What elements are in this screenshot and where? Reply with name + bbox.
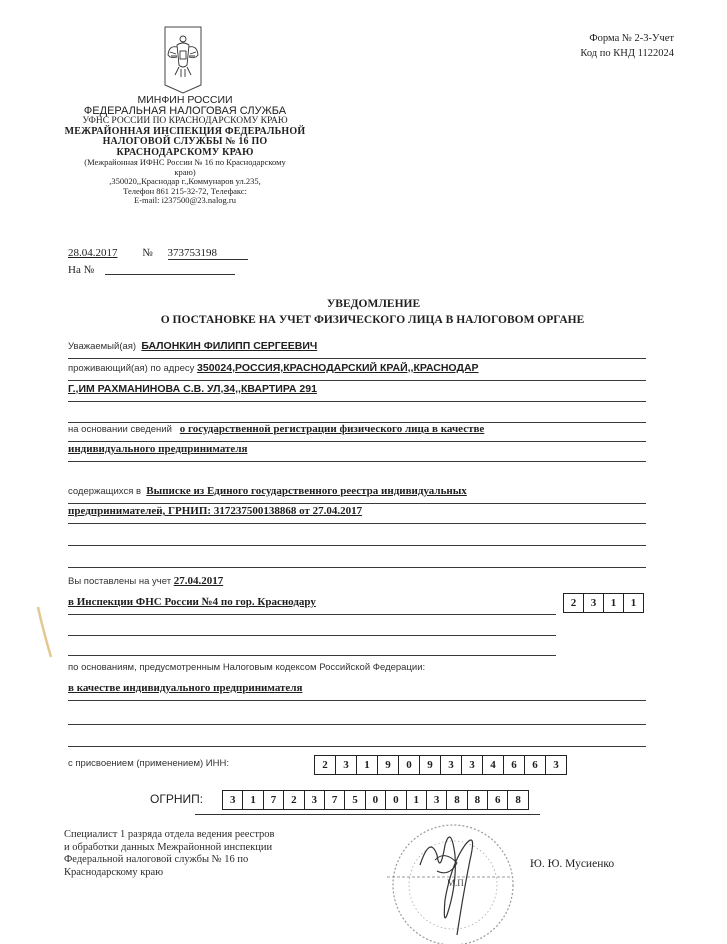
taxpayer-name: БАЛОНКИН ФИЛИПП СЕРГЕЕВИЧ [141, 340, 317, 352]
inn-digit: 3 [546, 756, 566, 774]
signer-title-line: и обработки данных Межрайонной инспекции [64, 842, 294, 855]
document-number: 373753198 [168, 247, 248, 260]
basis-label: на основании сведений [68, 424, 172, 435]
ogrnip-digit: 3 [223, 791, 243, 809]
address-row-2: Г.,ИМ РАХМАНИНОВА С.В. УЛ,34,,КВАРТИРА 2… [68, 383, 646, 402]
greeting-label: Уважаемый(ая) [68, 341, 136, 352]
ogrnip-label: ОГРНИП: [150, 792, 203, 806]
org-line: ФЕДЕРАЛЬНАЯ НАЛОГОВАЯ СЛУЖБА [60, 106, 310, 117]
contained-line-1: Выписке из Единого государственного реес… [146, 485, 467, 497]
in-reply-label: На № [68, 264, 94, 276]
address-line-2: Г.,ИМ РАХМАНИНОВА С.В. УЛ,34,,КВАРТИРА 2… [68, 383, 317, 395]
signer-title-line: Специалист 1 разряда отдела ведения реес… [64, 829, 294, 842]
inspection-code-boxes: 2 3 1 1 [563, 593, 644, 613]
org-email: E-mail: i237500@23.nalog.ru [60, 196, 310, 206]
document-title: УВЕДОМЛЕНИЕ О ПОСТАНОВКЕ НА УЧЕТ ФИЗИЧЕС… [0, 296, 727, 328]
stamp-mark: М.П. [447, 878, 466, 888]
registered-label: Вы поставлены на учет [68, 576, 171, 587]
signer-title: Специалист 1 разряда отдела ведения реес… [64, 829, 294, 879]
blank-line [68, 527, 646, 546]
blank-line [68, 617, 556, 636]
basis-row-2: индивидуального предпринимателя [68, 443, 646, 462]
grounds-label: по основаниям, предусмотренным Налоговым… [68, 662, 425, 673]
signer-title-line: Федеральной налоговой службы № 16 по [64, 854, 294, 867]
code-digit: 1 [624, 594, 643, 612]
official-stamp-icon [385, 805, 515, 944]
org-line: НАЛОГОВОЙ СЛУЖБЫ № 16 ПО [60, 137, 310, 148]
inn-digit: 3 [462, 756, 483, 774]
basis-line-1: о государственной регистрации физическог… [180, 423, 485, 435]
address-label: проживающий(ая) по адресу [68, 363, 194, 374]
paper-stain [35, 605, 55, 660]
in-reply-blank [105, 274, 235, 275]
contained-row-2: предпринимателей, ГРНИП: 317237500138868… [68, 505, 646, 524]
signer-title-line: Краснодарскому краю [64, 867, 294, 880]
contained-row-1: содержащихся в Выписке из Единого госуда… [68, 485, 646, 504]
form-info: Форма № 2-3-Учет Код по КНД 1122024 [580, 31, 674, 61]
contained-label: содержащихся в [68, 486, 141, 497]
inspection-name: в Инспекции ФНС России №4 по гор. Красно… [68, 596, 316, 608]
greeting-row: Уважаемый(ая) БАЛОНКИН ФИЛИПП СЕРГЕЕВИЧ [68, 340, 646, 359]
grounds-label-row: по основаниям, предусмотренным Налоговым… [68, 662, 646, 680]
ogrnip-digit: 2 [284, 791, 304, 809]
ogrnip-digit: 0 [366, 791, 386, 809]
document-date: 28.04.2017 [68, 247, 118, 259]
blank-line [68, 404, 646, 423]
inn-digit: 9 [420, 756, 441, 774]
title-line-1: УВЕДОМЛЕНИЕ [0, 296, 727, 312]
registered-row: Вы поставлены на учет 27.04.2017 [68, 575, 646, 593]
inn-digit: 9 [378, 756, 399, 774]
grounds-value: в качестве индивидуального предпринимате… [68, 682, 302, 694]
form-number: Форма № 2-3-Учет [580, 31, 674, 46]
blank-line [68, 549, 646, 568]
ogrnip-digit: 7 [264, 791, 284, 809]
inn-label: с присвоением (применением) ИНН: [68, 758, 229, 769]
basis-line-2: индивидуального предпринимателя [68, 443, 247, 455]
inn-boxes: 2 3 1 9 0 9 3 3 4 6 6 3 [314, 755, 567, 775]
org-line: УФНС РОССИИ ПО КРАСНОДАРСКОМУ КРАЮ [60, 116, 310, 127]
code-digit: 1 [604, 594, 624, 612]
coat-of-arms-emblem-icon [163, 25, 203, 95]
title-line-2: О ПОСТАНОВКЕ НА УЧЕТ ФИЗИЧЕСКОГО ЛИЦА В … [0, 312, 727, 328]
inn-digit: 4 [483, 756, 504, 774]
address-line-1: 350024,РОССИЯ,КРАСНОДАРСКИЙ КРАЙ,,КРАСНО… [197, 362, 479, 374]
document-date-number: 28.04.2017 № 373753198 [68, 247, 248, 260]
ogrnip-digit: 3 [305, 791, 325, 809]
inn-digit: 2 [315, 756, 336, 774]
number-label: № [142, 247, 153, 259]
ogrnip-digit: 7 [325, 791, 345, 809]
signer-name: Ю. Ю. Мусиенко [530, 858, 614, 870]
ogrnip-digit: 5 [345, 791, 365, 809]
inn-digit: 6 [504, 756, 525, 774]
blank-line [68, 637, 556, 656]
grounds-row: в качестве индивидуального предпринимате… [68, 682, 646, 701]
blank-line [68, 728, 646, 747]
inspection-row: в Инспекции ФНС России №4 по гор. Красно… [68, 596, 556, 615]
ogrnip-digit: 1 [243, 791, 263, 809]
blank-line [68, 706, 646, 725]
address-row-1: проживающий(ая) по адресу 350024,РОССИЯ,… [68, 362, 646, 381]
inn-digit: 6 [525, 756, 546, 774]
basis-row-1: на основании сведений о государственной … [68, 423, 646, 442]
issuing-authority-block: МИНФИН РОССИИ ФЕДЕРАЛЬНАЯ НАЛОГОВАЯ СЛУЖ… [60, 95, 310, 206]
code-digit: 3 [584, 594, 604, 612]
inn-digit: 0 [399, 756, 420, 774]
contained-line-2: предпринимателей, ГРНИП: 317237500138868… [68, 505, 362, 517]
inn-digit: 1 [357, 756, 378, 774]
registered-date: 27.04.2017 [174, 575, 224, 587]
in-reply-to: На № [68, 264, 235, 276]
code-digit: 2 [564, 594, 584, 612]
knd-code: Код по КНД 1122024 [580, 46, 674, 61]
inn-digit: 3 [336, 756, 357, 774]
org-line: МИНФИН РОССИИ [60, 95, 310, 106]
inn-digit: 3 [441, 756, 462, 774]
